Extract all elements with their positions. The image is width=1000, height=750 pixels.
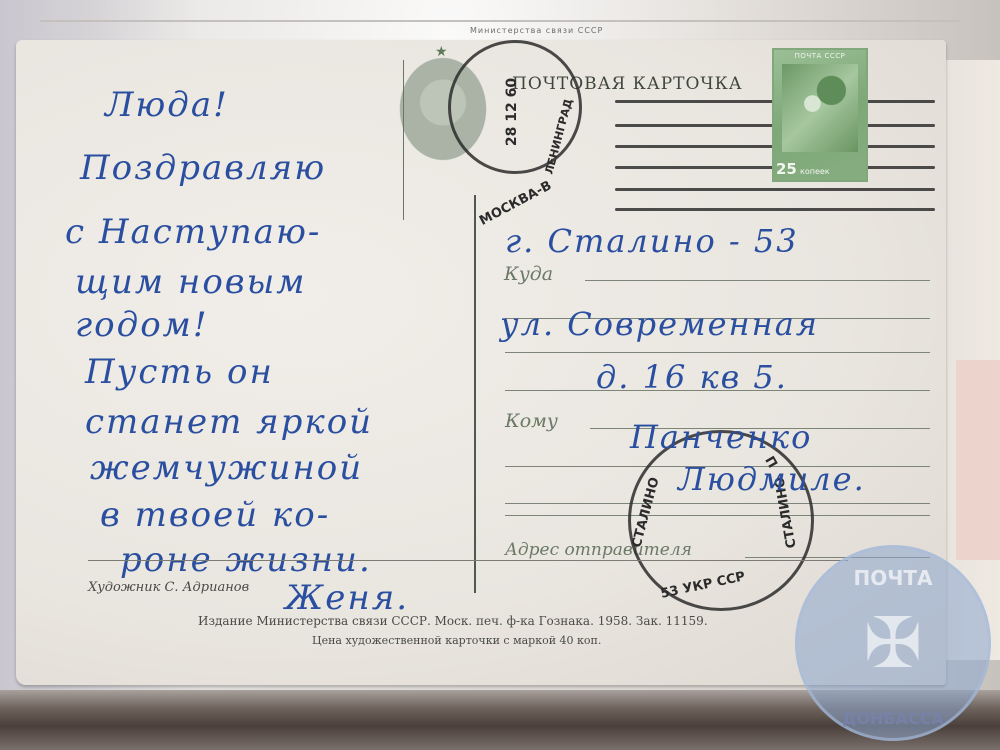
message-line: в твоей ко- bbox=[100, 495, 330, 535]
rule bbox=[88, 560, 848, 561]
recipient-name: Людмиле. bbox=[678, 460, 866, 498]
artist-credit: Художник С. Адрианов bbox=[88, 580, 249, 595]
price-line: Цена художественной карточки с маркой 40… bbox=[312, 634, 601, 647]
message-line: Поздравляю bbox=[80, 148, 326, 188]
label-where: Куда bbox=[504, 263, 553, 285]
signature: Женя. bbox=[285, 578, 409, 618]
stamp-miner-illustration-icon bbox=[782, 64, 858, 152]
message-line: жемчужиной bbox=[90, 448, 363, 488]
message-line: годом! bbox=[75, 305, 209, 345]
divider bbox=[403, 60, 404, 220]
watermark-bottom-text: ДОНБАССА bbox=[798, 709, 988, 728]
postmark-date: 28 12 60 bbox=[504, 78, 520, 146]
cancellation-line bbox=[615, 208, 935, 211]
postage-stamp: ПОЧТА СССР 25 копеек bbox=[772, 48, 868, 182]
stamp-value: 25 bbox=[776, 160, 797, 178]
message-line: станет яркой bbox=[85, 402, 373, 442]
address-city: г. Сталино - 53 bbox=[505, 222, 799, 260]
cancellation-line bbox=[615, 188, 935, 191]
star-icon: ★ bbox=[435, 44, 448, 60]
background-card-text: Министерства связи СССР bbox=[470, 26, 603, 35]
message-address-divider bbox=[474, 195, 476, 593]
message-line: щим новым bbox=[75, 262, 306, 302]
stamp-unit: копеек bbox=[800, 167, 830, 176]
recipient-surname: Панченко bbox=[630, 418, 812, 456]
message-line: Люда! bbox=[105, 85, 229, 125]
message-line: Пусть он bbox=[85, 352, 274, 392]
watermark-top-text: ПОЧТА bbox=[798, 566, 988, 590]
double-headed-eagle-icon: ✠ bbox=[848, 598, 938, 688]
publisher-line: Издание Министерства связи СССР. Моск. п… bbox=[198, 614, 708, 628]
donbass-post-watermark: ПОЧТА ✠ ДОНБАССА bbox=[795, 545, 991, 741]
message-line: с Наступаю- bbox=[65, 212, 321, 252]
address-house: д. 16 кв 5. bbox=[596, 358, 788, 396]
stamp-header: ПОЧТА СССР bbox=[774, 52, 866, 60]
address-street: ул. Современная bbox=[500, 305, 819, 343]
label-to-whom: Кому bbox=[505, 410, 558, 432]
